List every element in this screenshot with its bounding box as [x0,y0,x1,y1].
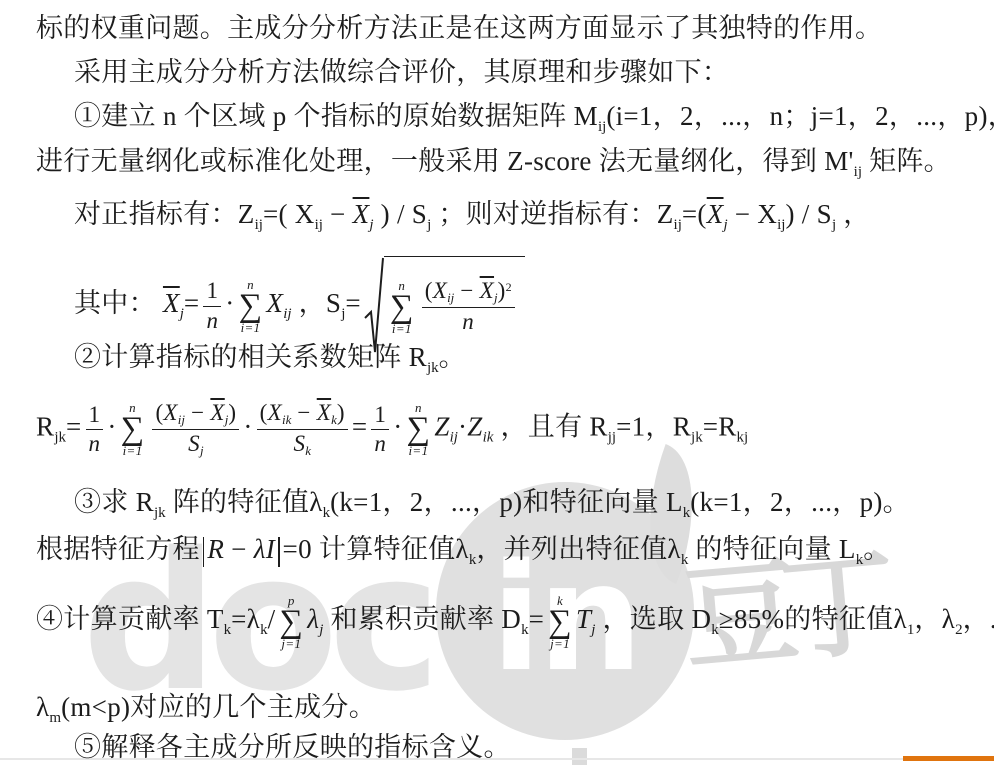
fml-isub: k [305,443,311,458]
fml-i: n [462,309,474,334]
fml-text: 矩阵。 [862,146,951,176]
line-method-intro: 采用主成分分析方法做综合评价，其原理和步骤如下： [74,54,729,90]
fml-text: ) [498,278,506,303]
fml-sub: jj [608,430,616,446]
fml-text: =1，R [616,412,691,442]
fml-text: =( X [263,199,315,229]
fml-frac: (Xij − Xj)Sj [152,400,239,459]
fml-sub: kj [737,430,749,446]
fml-sum: n∑i=1 [239,278,263,334]
fml-bar: X [707,199,724,229]
fml-text: ) [228,400,236,425]
fml-i: Z [434,412,449,442]
fml-text: − [454,278,479,303]
fml-sub: ij [854,164,862,180]
line-eigen-equation: 根据特征方程R − λI=0 计算特征值λk，并列出特征值λk 的特征向量 Lk… [36,531,891,578]
fml-i: λI [254,534,275,564]
fml-text: =R [703,412,737,442]
fml-text: 和累积贡献率 D [323,604,521,634]
fml-text: 1 [89,402,101,427]
fml-text: (k=1，2，...，p)。 [690,487,910,517]
fml-vbar [203,537,205,567]
fml-text: 进行无量纲化或标准化处理，一般采用 Z-score 法无量纲化，得到 M' [36,146,854,176]
fml-i: n [206,308,218,333]
fml-sum: n∑i=1 [390,279,414,335]
fml-text: ④计算贡献率 T [36,604,224,634]
fml-sub: ij [255,217,263,233]
fml-sub: ij [674,217,682,233]
fml-text: 根据特征方程 [36,534,200,564]
fml-sup: 2 [506,280,512,294]
line-rjk-formula: Rjk=1n·n∑i=1(Xij − Xj)Sj·(Xik − Xk)Sk=1n… [36,400,748,459]
fml-bar: X [210,400,224,425]
fml-text: · [393,412,402,442]
fml-isub: ij [450,430,458,446]
fml-i: X [163,400,177,425]
fml-sub: k [260,622,268,638]
fml-text: 。 [863,534,890,564]
fml-text: = [66,412,82,442]
fml-text: =( [682,199,707,229]
fml-text: 标的权重问题。主成分分析方法正是在这两方面显示了其独特的作用。 [36,13,882,43]
fml-text: ) / S [374,199,428,229]
fml-text: · [458,412,467,442]
fml-text: − [224,534,254,564]
fml-sub: m [49,710,61,726]
fml-isub: j [200,443,204,458]
fml-bar: X [353,199,370,229]
fml-text: ) / S [785,199,832,229]
fml-text: ②计算指标的相关系数矩阵 R [74,342,427,372]
fml-text: ⑤解释各主成分所反映的指标含义。 [74,732,511,762]
fml-i: X [266,288,283,318]
fml-sum: n∑i=1 [121,401,145,457]
fml-text: ( [425,278,433,303]
fml-bar: X [317,400,331,425]
fml-bar: X [163,288,180,318]
fml-sum: p∑j=1 [279,594,303,650]
fml-text: =0 计算特征值λ [283,534,469,564]
fml-i: λ [307,604,319,634]
fml-text: 1 [206,278,218,303]
fml-isub: ij [178,412,185,427]
fml-text: ；则对逆指标有：Z [431,199,673,229]
fml-frac: (Xik − Xk)Sk [257,400,348,459]
fml-text: 1 [374,402,386,427]
fml-text: · [107,412,116,442]
fml-text: = [529,604,545,634]
line-step4-formula: ④计算贡献率 Tk=λk/p∑j=1λj 和累积贡献率 Dk=k∑j=1Tj ，… [36,594,994,650]
fml-text: ，λ [914,604,955,634]
fml-vbar [278,537,280,567]
fml-text: 对正指标有：Z [74,199,255,229]
fml-bar: X [480,278,494,303]
fml-text: R [36,412,54,442]
fml-text: ，...， [963,604,994,634]
fml-text: = [184,288,200,318]
fml-sum: k∑j=1 [548,594,572,650]
fml-i: X [268,400,282,425]
fml-text: (k=1，2，...，p)和特征向量 L [330,487,683,517]
document-page: { "page": { "background": "#ffffff" }, "… [0,0,994,765]
fml-text: 。 [439,342,466,372]
progress-bar-fill[interactable] [903,756,994,761]
fml-isub: ik [483,430,494,446]
fml-text: ) [337,400,345,425]
fml-i: n [374,431,386,456]
fml-text: − X [728,199,777,229]
fml-text: ，选取 D [595,604,711,634]
fml-text: (i=1，2，...，n；j=1，2，...，p)，并对其 [606,101,994,131]
fml-sub: jk [54,430,66,446]
fml-isub: ij [283,306,291,322]
fml-text: λ [36,692,49,722]
fml-text: ，且有 R [493,412,607,442]
line-zscore-formula: 对正指标有：Zij=( Xij − Xj ) / Sj ；则对逆指标有：Zij=… [74,196,871,243]
fml-i: n [89,431,101,456]
fml-text: ③求 R [74,487,154,517]
fml-text: =λ [231,604,260,634]
fml-sub: jk [691,430,703,446]
fml-text: 其中： [74,288,163,318]
fml-sub: k [521,622,529,638]
fml-frac: 1n [371,402,389,458]
line-step1b: 进行无量纲化或标准化处理，一般采用 Z-score 法无量纲化，得到 M'ij … [36,143,951,190]
fml-text: ， [836,199,870,229]
fml-sub: jk [154,505,166,521]
fml-text: · [225,288,234,318]
fml-i: R [207,534,224,564]
fml-sub: jk [427,360,439,376]
fml-sub: 2 [955,622,963,638]
fml-text: 阵的特征值λ [166,487,323,517]
fml-text: − [291,400,316,425]
fml-i: X [433,278,447,303]
fml-frac: 1n [86,402,104,458]
fml-text: − [323,199,353,229]
fml-isub: ik [282,412,291,427]
line-step5: ⑤解释各主成分所反映的指标含义。 [74,729,511,765]
fml-sub: k [711,622,719,638]
fml-text: ，S [292,288,342,318]
fml-sub: ij [315,217,323,233]
line-step2: ②计算指标的相关系数矩阵 Rjk。 [74,339,466,386]
scanned-document-canvas: doc in 豆丁 标的权重问题。主成分分析方法正是在这两方面显示了其独特的作用… [0,0,994,765]
fml-i: S [188,431,200,456]
watermark-tick-mark [572,748,587,765]
fml-frac: 1n [203,278,221,334]
fml-text: ，并列出特征值λ [476,534,681,564]
fml-i: Z [467,412,482,442]
fml-sub: k [323,505,331,521]
fml-text: = [352,412,368,442]
fml-text: 的特征向量 L [688,534,855,564]
fml-i: S [293,431,305,456]
fml-text: / [268,604,276,634]
line-step3: ③求 Rjk 阵的特征值λk(k=1，2，...，p)和特征向量 Lk(k=1，… [74,484,910,531]
fml-sum: n∑i=1 [406,401,430,457]
fml-frac: (Xij − Xj)2n [422,278,515,335]
fml-text: (m<p)对应的几个主成分。 [61,692,376,722]
fml-text: · [243,412,252,442]
fml-i: T [576,604,591,634]
fml-text: = [345,288,361,318]
fml-text: 采用主成分分析方法做综合评价，其原理和步骤如下： [74,57,729,87]
line-intro: 标的权重问题。主成分分析方法正是在这两方面显示了其独特的作用。 [36,10,882,46]
fml-text: − [185,400,210,425]
fml-text: ①建立 n 个区域 p 个指标的原始数据矩阵 M [74,101,598,131]
fml-text: ≥85%的特征值λ [719,604,907,634]
fml-text: ( [260,400,268,425]
line-step1a: ①建立 n 个区域 p 个指标的原始数据矩阵 Mij(i=1，2，...，n；j… [74,98,994,145]
